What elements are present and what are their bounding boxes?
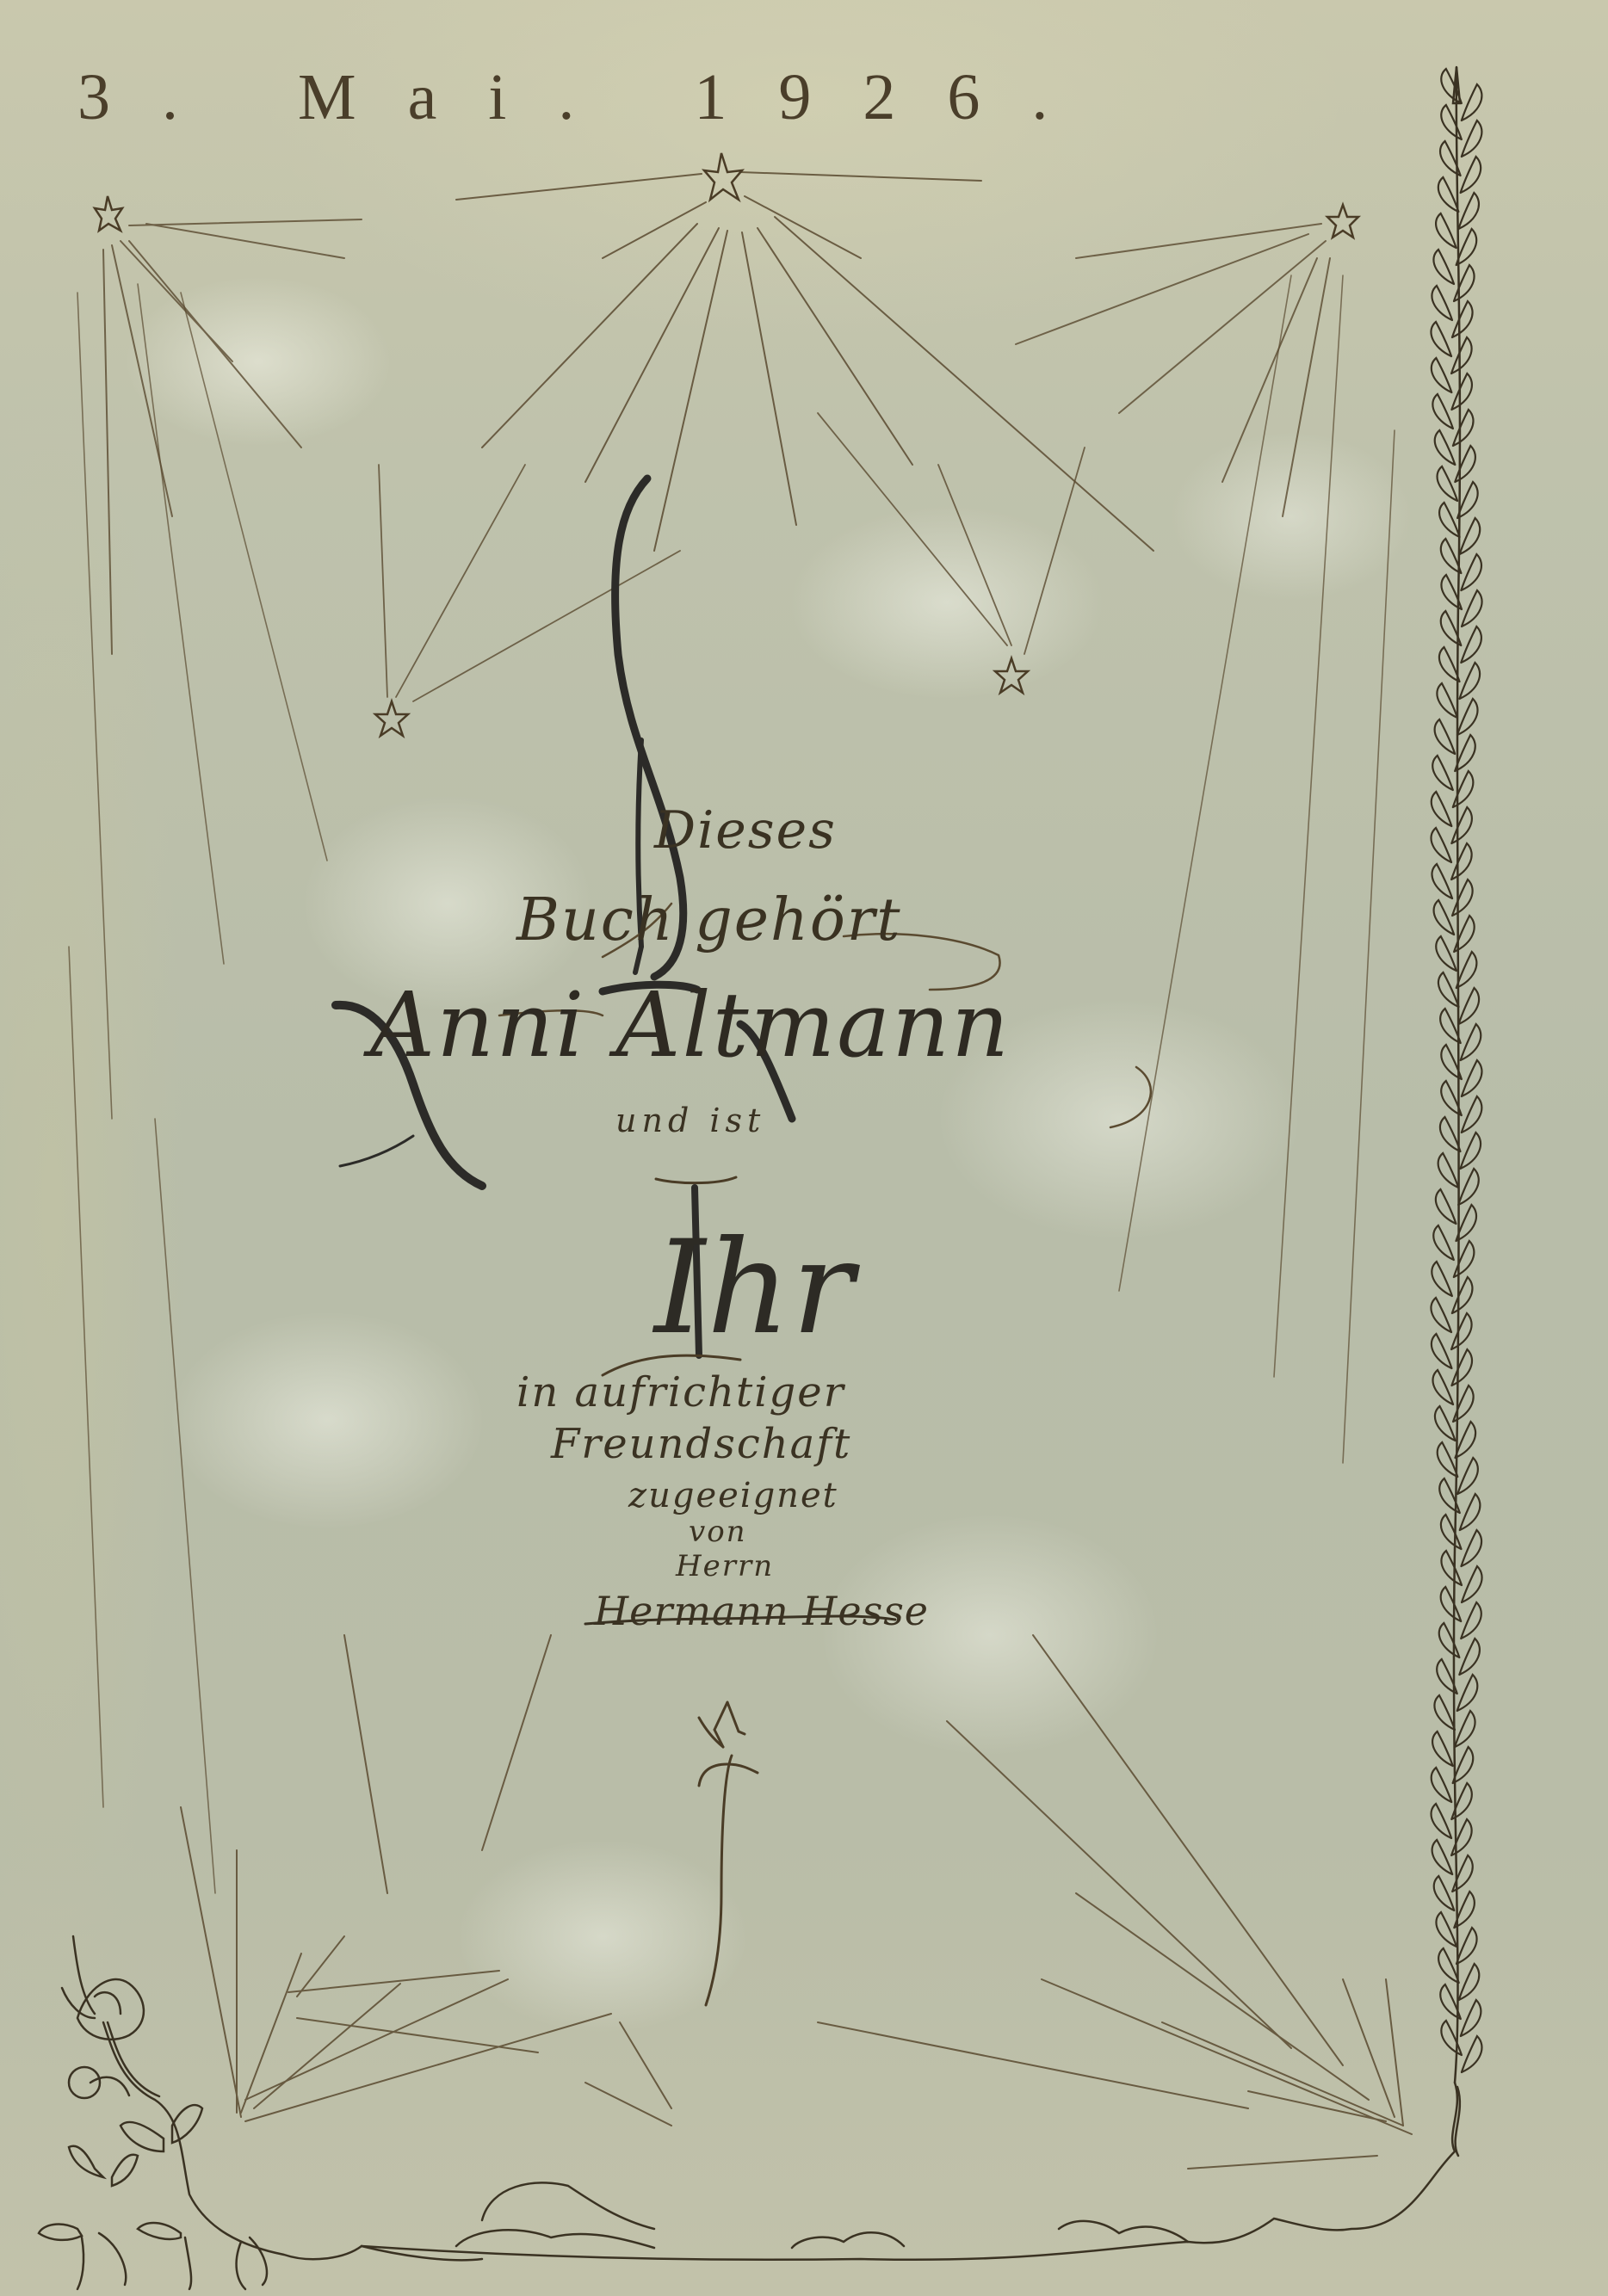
star-icon bbox=[995, 658, 1028, 693]
leaf-icon bbox=[1441, 1587, 1462, 1621]
leaf-icon bbox=[1461, 554, 1481, 590]
leaf-icon bbox=[1441, 2021, 1462, 2055]
star-icon bbox=[95, 196, 122, 231]
ground-rocks bbox=[362, 2083, 1460, 2260]
star-icon bbox=[1327, 205, 1358, 238]
rays-long bbox=[69, 275, 1395, 1893]
leaf-icon bbox=[1461, 2000, 1481, 2036]
date-line: 3. Mai. 1926. bbox=[77, 60, 1099, 135]
leaf-icon bbox=[1439, 647, 1460, 682]
leaf-icon bbox=[1462, 1566, 1482, 1602]
rays-top-right bbox=[1016, 224, 1330, 516]
leaf-icon bbox=[1461, 1530, 1481, 1566]
leaf-icon bbox=[1433, 1225, 1454, 1260]
leaf-icon bbox=[1462, 1060, 1482, 1096]
ink-drawing bbox=[0, 0, 1608, 2296]
leaf-icon bbox=[1457, 699, 1478, 735]
ornament-cross bbox=[699, 1702, 758, 2005]
leaf-icon bbox=[1432, 1840, 1453, 1874]
stars bbox=[95, 153, 1358, 736]
leaf-icon bbox=[1451, 1313, 1472, 1349]
leaf-icon bbox=[1459, 1964, 1480, 2000]
leaf-icon bbox=[1432, 394, 1453, 429]
leaf-icon bbox=[1451, 1819, 1472, 1855]
leaf-icon bbox=[1438, 972, 1459, 1007]
dedication-line-und-ist: und ist bbox=[615, 1102, 765, 1139]
leaf-icon bbox=[1451, 337, 1472, 373]
leaf-icon bbox=[1461, 157, 1481, 193]
dedication-line-freundschaft: Freundschaft bbox=[551, 1420, 851, 1468]
leaf-icon bbox=[1434, 1876, 1455, 1910]
leaf-icon bbox=[1432, 286, 1452, 320]
leaf-icon bbox=[1451, 373, 1472, 410]
leaf-icon bbox=[1432, 864, 1452, 898]
leaf-icon bbox=[1438, 177, 1459, 212]
leaf-icon bbox=[1441, 105, 1462, 139]
leaf-icon bbox=[1432, 756, 1453, 790]
leaf-icon bbox=[1457, 1458, 1478, 1494]
star-icon bbox=[704, 153, 742, 200]
dedication-line-zugeeignet: zugeeignet bbox=[628, 1476, 838, 1515]
leaf-icon bbox=[1459, 988, 1480, 1024]
leaf-icon bbox=[1454, 1241, 1475, 1277]
leaf-icon bbox=[1435, 430, 1456, 465]
leaf-icon bbox=[1434, 1695, 1455, 1730]
star-icon bbox=[375, 701, 408, 736]
leaf-icon bbox=[1436, 1912, 1456, 1947]
leaf-icon bbox=[1452, 880, 1473, 916]
leaf-icon bbox=[1462, 590, 1482, 626]
dedication-line-buch-gehoert: Buch gehört bbox=[516, 886, 902, 954]
recipient-name: Anni Altmann bbox=[370, 972, 1011, 1077]
document-page: 3. Mai. 1926. Dieses Buch gehört Anni Al… bbox=[0, 0, 1608, 2296]
leaf-icon bbox=[1457, 1675, 1478, 1711]
leaf-icon bbox=[1432, 1370, 1453, 1404]
leaf-icon bbox=[1432, 1804, 1452, 1838]
leaf-icon bbox=[1440, 1117, 1461, 1151]
rays-bottom-left bbox=[181, 1635, 671, 2126]
leaf-icon bbox=[1438, 1442, 1458, 1477]
leaf-icon bbox=[1456, 1928, 1477, 1964]
leaf-icon bbox=[1432, 1334, 1452, 1368]
leaf-icon bbox=[1456, 952, 1477, 988]
leaf-icon bbox=[1441, 1551, 1462, 1585]
leaf-icon bbox=[1432, 1768, 1452, 1802]
leaf-icon bbox=[1432, 1731, 1453, 1766]
leaf-icon bbox=[1433, 250, 1454, 284]
leaf-icon bbox=[1452, 1277, 1473, 1313]
leaf-icon bbox=[1462, 1096, 1482, 1133]
leaf-icon bbox=[1434, 900, 1455, 935]
leaf-icon bbox=[1451, 843, 1472, 880]
dedication-line-von: von bbox=[689, 1515, 747, 1549]
signature: Hermann Hesse bbox=[594, 1588, 929, 1634]
leaf-icon bbox=[1462, 2036, 1482, 2072]
rays-bottom-right bbox=[818, 1635, 1412, 2169]
leaf-icon bbox=[1461, 626, 1481, 663]
leaf-icon bbox=[1456, 1422, 1476, 1458]
leaf-icon bbox=[1459, 1639, 1480, 1675]
leaf-icon bbox=[1454, 265, 1475, 301]
leaf-icon bbox=[1441, 1515, 1462, 1549]
leaf-icon bbox=[1453, 1386, 1474, 1422]
leaf-icon bbox=[1432, 792, 1452, 826]
leaf-icon bbox=[1431, 1298, 1451, 1332]
leaf-icon bbox=[1432, 1262, 1452, 1296]
leaf-icon bbox=[1455, 1711, 1475, 1747]
dedication-line-herrn: Herrn bbox=[676, 1549, 774, 1583]
leaf-icon bbox=[1438, 1948, 1459, 1983]
leaf-icon bbox=[1435, 1406, 1456, 1441]
leaf-icon bbox=[1460, 518, 1481, 554]
leaf-icon bbox=[1451, 1349, 1472, 1386]
leaf-icon bbox=[1438, 466, 1458, 501]
dedication-line-ihr: Ihr bbox=[654, 1213, 856, 1363]
rays-top-center bbox=[456, 172, 1153, 551]
dedication-line-aufrichtiger: in aufrichtiger bbox=[516, 1368, 845, 1416]
leaf-icon bbox=[1435, 719, 1456, 754]
leaf-icon bbox=[1460, 1494, 1481, 1530]
leaf-icon bbox=[1461, 1024, 1481, 1060]
leaf-icon bbox=[1436, 936, 1456, 971]
vine-leaves bbox=[1431, 69, 1481, 2072]
leaf-icon bbox=[1462, 120, 1482, 157]
leaf-icon bbox=[1431, 322, 1451, 356]
leaf-icon bbox=[1436, 1189, 1456, 1224]
leaf-icon bbox=[1431, 828, 1451, 862]
leaf-icon bbox=[1436, 213, 1456, 248]
leaf-icon bbox=[1432, 358, 1452, 392]
leaf-icon bbox=[1451, 807, 1472, 843]
leaf-icon bbox=[1460, 1133, 1481, 1169]
leaf-icon bbox=[1458, 1169, 1479, 1205]
leaf-icon bbox=[1439, 503, 1460, 537]
rays-top-left bbox=[103, 219, 362, 654]
leaf-icon bbox=[1453, 771, 1474, 807]
leaf-icon bbox=[1455, 446, 1475, 482]
leaf-icon bbox=[1461, 1602, 1481, 1639]
leaf-icon bbox=[1438, 1153, 1459, 1188]
leaf-icon bbox=[1453, 410, 1474, 446]
leaf-icon bbox=[1458, 193, 1479, 229]
leaf-icon bbox=[1439, 1623, 1460, 1657]
leaf-icon bbox=[1452, 301, 1473, 337]
rays-middle-right bbox=[818, 413, 1085, 654]
leaf-icon bbox=[1462, 84, 1482, 120]
leaf-icon bbox=[1460, 663, 1481, 699]
dedication-line-dieses: Dieses bbox=[654, 800, 837, 861]
leaf-icon bbox=[1437, 683, 1457, 718]
